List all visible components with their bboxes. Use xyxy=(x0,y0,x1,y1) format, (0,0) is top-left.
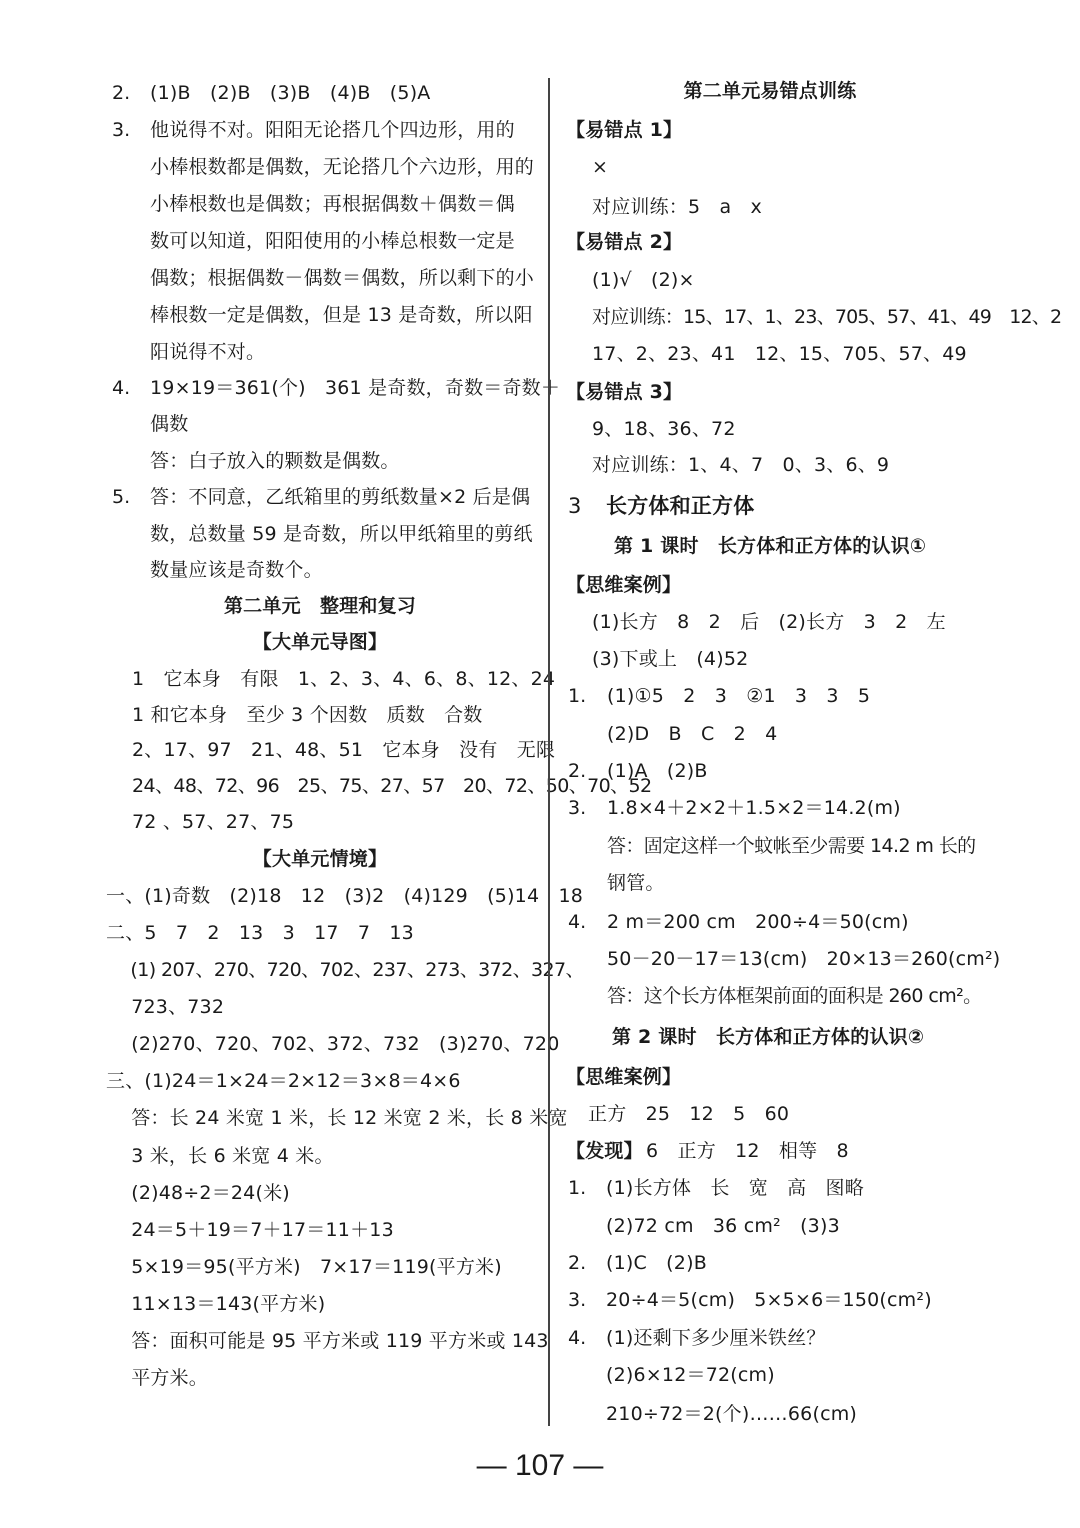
answer-line: (1)还剩下多少厘米铁丝？ xyxy=(606,1325,826,1351)
answer-line: × xyxy=(592,154,608,180)
answer-line: 他说得不对。阳阳无论搭几个四边形，用的 xyxy=(150,117,515,143)
answer-line: 对应训练：5 a x xyxy=(592,194,762,220)
answer-line: 数量应该是奇数个。 xyxy=(150,557,323,583)
answer-line: 72 、57、27、75 xyxy=(132,809,294,835)
item-number: 5. xyxy=(112,484,130,510)
item-number: 3. xyxy=(112,117,130,143)
answer-line: 2 m＝200 cm 200÷4＝50(cm) xyxy=(607,909,909,935)
answer-line: 数可以知道，阳阳使用的小棒总根数一定是 xyxy=(150,228,515,254)
answer-line: 3 米，长 6 米宽 4 米。 xyxy=(112,1143,334,1169)
chapter-number: 3 xyxy=(568,493,582,519)
answer-line: 数，总数量 59 是奇数，所以甲纸箱里的剪纸 xyxy=(150,521,533,547)
item-number: 3. xyxy=(568,1287,586,1313)
item-number: 2. xyxy=(568,758,586,784)
answer-line: (1)√ (2)× xyxy=(592,267,695,293)
answer-line: (3)下或上 (4)52 xyxy=(592,646,748,672)
answer-line: 答：白子放入的颗数是偶数。 xyxy=(150,448,400,474)
error-point-heading: 【易错点 2】 xyxy=(566,229,682,255)
subsection-heading: 【大单元导图】 xyxy=(100,629,540,655)
answer-line: (1)C (2)B xyxy=(606,1250,707,1276)
answer-line: (1)A (2)B xyxy=(607,758,708,784)
answer-line: 平方米。 xyxy=(112,1365,208,1391)
answer-line: (1)B (2)B (3)B (4)B (5)A xyxy=(150,80,431,106)
answer-line: 答：固定这样一个蚊帐至少需要 14.2 m 长的 xyxy=(607,833,976,859)
answer-line: 对应训练：1、4、7 0、3、6、9 xyxy=(592,452,889,478)
answer-line: 阳说得不对。 xyxy=(150,339,265,365)
item-number: 2. xyxy=(112,80,130,106)
answer-line: 答：面积可能是 95 平方米或 119 平方米或 143 xyxy=(112,1328,549,1354)
item-number: 2. xyxy=(568,1250,586,1276)
answer-line: 24＝5＋19＝7＋17＝11＋13 xyxy=(112,1217,394,1243)
answer-line: (2)D B C 2 4 xyxy=(607,721,777,747)
item-number: 1. xyxy=(568,1175,586,1201)
answer-line: 答：不同意，乙纸箱里的剪纸数量×2 后是偶 xyxy=(150,484,530,510)
lesson-title: 第 1 课时 长方体和正方体的认识① xyxy=(614,533,926,559)
item-number: 4. xyxy=(112,375,130,401)
answer-line: (1)长方 8 2 后 (2)长方 3 2 左 xyxy=(592,609,946,635)
answer-line: 5×19＝95(平方米) 7×17＝119(平方米) xyxy=(112,1254,502,1280)
answer-line: 小棒根数都是偶数，无论搭几个六边形，用的 xyxy=(150,154,534,180)
answer-line: 偶数 xyxy=(150,411,188,437)
answer-line: 723、732 xyxy=(112,994,224,1020)
answer-line: 9、18、36、72 xyxy=(592,416,736,442)
item-number: 4. xyxy=(568,909,586,935)
answer-line: 对应训练：15、17、1、23、705、57、41、49 12、2 xyxy=(592,304,1061,330)
answer-line: 6 正方 12 相等 8 xyxy=(646,1138,849,1164)
section-title: 第二单元 整理和复习 xyxy=(100,593,540,619)
answer-line: 偶数；根据偶数－偶数＝偶数，所以剩下的小 xyxy=(150,265,534,291)
answer-line: 1 它本身 有限 1、2、3、4、6、8、12、24 xyxy=(132,666,555,692)
answer-line: 2、17、97 21、48、51 它本身 没有 无限 xyxy=(132,737,555,763)
page-number: — 107 — xyxy=(0,1448,1080,1484)
answer-line: 正方 25 12 5 60 xyxy=(588,1101,789,1127)
answer-line: (2)270、720、702、372、732 (3)270、720 xyxy=(112,1031,559,1057)
answer-line: 棒根数一定是偶数，但是 13 是奇数，所以阳 xyxy=(150,302,533,328)
subsection-heading: 【大单元情境】 xyxy=(100,846,540,872)
answer-line: 钢管。 xyxy=(607,870,665,896)
answer-line: 11×13＝143(平方米) xyxy=(112,1291,325,1317)
answer-line: 19×19＝361(个) 361 是奇数，奇数＝奇数＋ xyxy=(150,375,560,401)
answer-line: 20÷4＝5(cm) 5×5×6＝150(cm²) xyxy=(606,1287,932,1313)
chapter-title: 长方体和正方体 xyxy=(606,493,754,519)
answer-line: (2)6×12＝72(cm) xyxy=(606,1362,775,1388)
answer-line: (1)长方体 长 宽 高 图略 xyxy=(606,1175,864,1201)
answer-line: (2)72 cm 36 cm² (3)3 xyxy=(606,1213,840,1239)
subsection-heading: 【思维案例】 xyxy=(566,1064,681,1090)
answer-line: 1.8×4＋2×2＋1.5×2＝14.2(m) xyxy=(607,795,901,821)
answer-line: 50－20－17＝13(cm) 20×13＝260(cm²) xyxy=(607,946,1000,972)
answer-line: 一、(1)奇数 (2)18 12 (3)2 (4)129 (5)14 18 xyxy=(106,883,583,909)
item-number: 3. xyxy=(568,795,586,821)
item-number: 1. xyxy=(568,683,586,709)
error-point-heading: 【易错点 3】 xyxy=(566,379,682,405)
answer-line: 三、(1)24＝1×24＝2×12＝3×8＝4×6 xyxy=(106,1068,461,1094)
answer-line: 17、2、23、41 12、15、705、57、49 xyxy=(592,341,967,367)
answer-line: 答：长 24 米宽 1 米，长 12 米宽 2 米，长 8 米宽 xyxy=(112,1105,568,1131)
answer-line: 小棒根数也是偶数；再根据偶数＋偶数＝偶 xyxy=(150,191,515,217)
error-point-heading: 【易错点 1】 xyxy=(566,117,682,143)
section-title: 第二单元易错点训练 xyxy=(560,78,980,104)
answer-line: 答：这个长方体框架前面的面积是 260 cm²。 xyxy=(607,983,982,1009)
lesson-title: 第 2 课时 长方体和正方体的认识② xyxy=(612,1024,924,1050)
answer-line: 二、5 7 2 13 3 17 7 13 xyxy=(106,920,414,946)
subsection-heading: 【思维案例】 xyxy=(566,572,681,598)
answer-line: (2)48÷2＝24(米) xyxy=(112,1180,290,1206)
column-divider xyxy=(548,78,550,1426)
item-number: 4. xyxy=(568,1325,586,1351)
answer-line: 1 和它本身 至少 3 个因数 质数 合数 xyxy=(132,702,483,728)
answer-line: (1)①5 2 3 ②1 3 3 5 xyxy=(607,683,870,709)
answer-line: (1) 207、270、720、702、237、273、372、327、 xyxy=(112,957,584,983)
answer-line: 210÷72＝2(个)……66(cm) xyxy=(606,1401,857,1427)
subsection-heading: 【发现】 xyxy=(566,1138,643,1164)
